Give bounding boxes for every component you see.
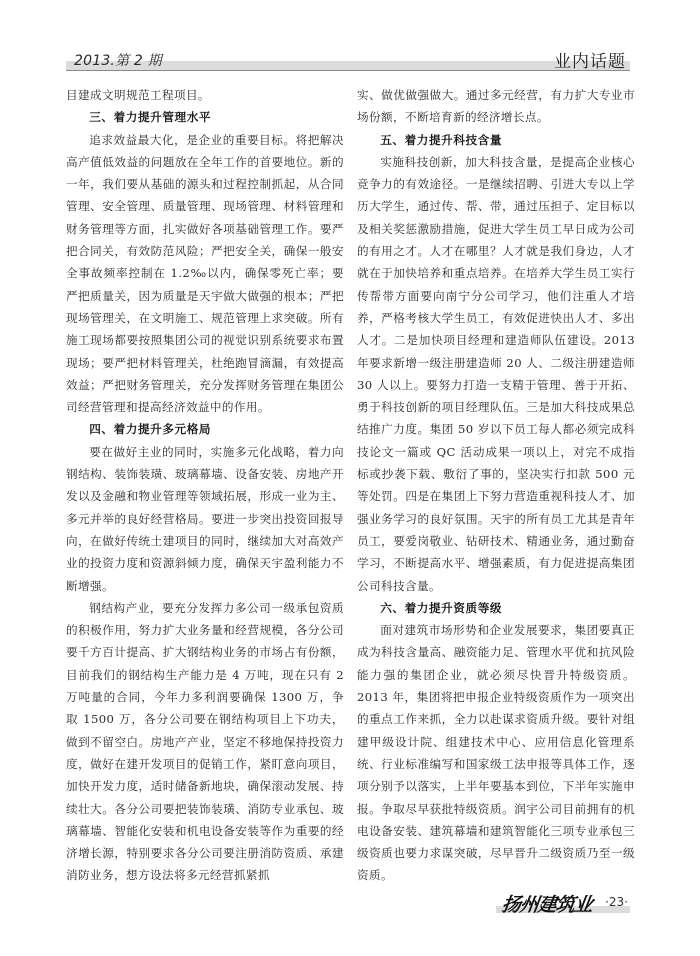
page-footer: 扬州建筑业 ·23· (496, 888, 630, 916)
paragraph: 要在做好主业的同时，实施多元化战略，着力向钢结构、装饰装璜、玻璃幕墙、设备安装、… (66, 441, 344, 597)
section-heading-management: 三、着力提升管理水平 (66, 106, 344, 128)
paragraph: 钢结构产业，要充分发挥力多公司一级承包资质的积极作用，努力扩大业务量和经营规模，… (66, 597, 344, 887)
page-header: 2013.第 2 期 业内话题 (66, 46, 630, 72)
section-heading-diversification: 四、着力提升多元格局 (66, 418, 344, 440)
right-column: 实、做优做强做大。通过多元经营，有力扩大专业市场份额，不断培育新的经济增长点。 … (357, 84, 635, 887)
paragraph: 实施科技创新，加大科技含量，是提高企业核心竞争力的有效途径。一是继续招聘、引进大… (357, 151, 635, 597)
paragraph-continuation: 目建成文明规范工程项目。 (66, 84, 344, 106)
issue-label: 2013.第 2 期 (74, 50, 162, 70)
left-column: 目建成文明规范工程项目。 三、着力提升管理水平 追求效益最大化，是企业的重要目标… (66, 84, 344, 887)
magazine-logo: 扬州建筑业 (500, 890, 594, 917)
paragraph: 追求效益最大化，是企业的重要目标。将把解决高产值低效益的问题放在全年工作的首要地… (66, 129, 344, 419)
section-title: 业内话题 (554, 47, 626, 72)
section-heading-qualification: 六、着力提升资质等级 (357, 597, 635, 619)
paragraph-continuation: 实、做优做强做大。通过多元经营，有力扩大专业市场份额，不断培育新的经济增长点。 (357, 84, 635, 129)
paragraph: 面对建筑市场形势和企业发展要求，集团要真正成为科技含量高、融资能力足、管理水平优… (357, 619, 635, 887)
section-heading-technology: 五、着力提升科技含量 (357, 129, 635, 151)
page-number: ·23· (605, 895, 628, 909)
